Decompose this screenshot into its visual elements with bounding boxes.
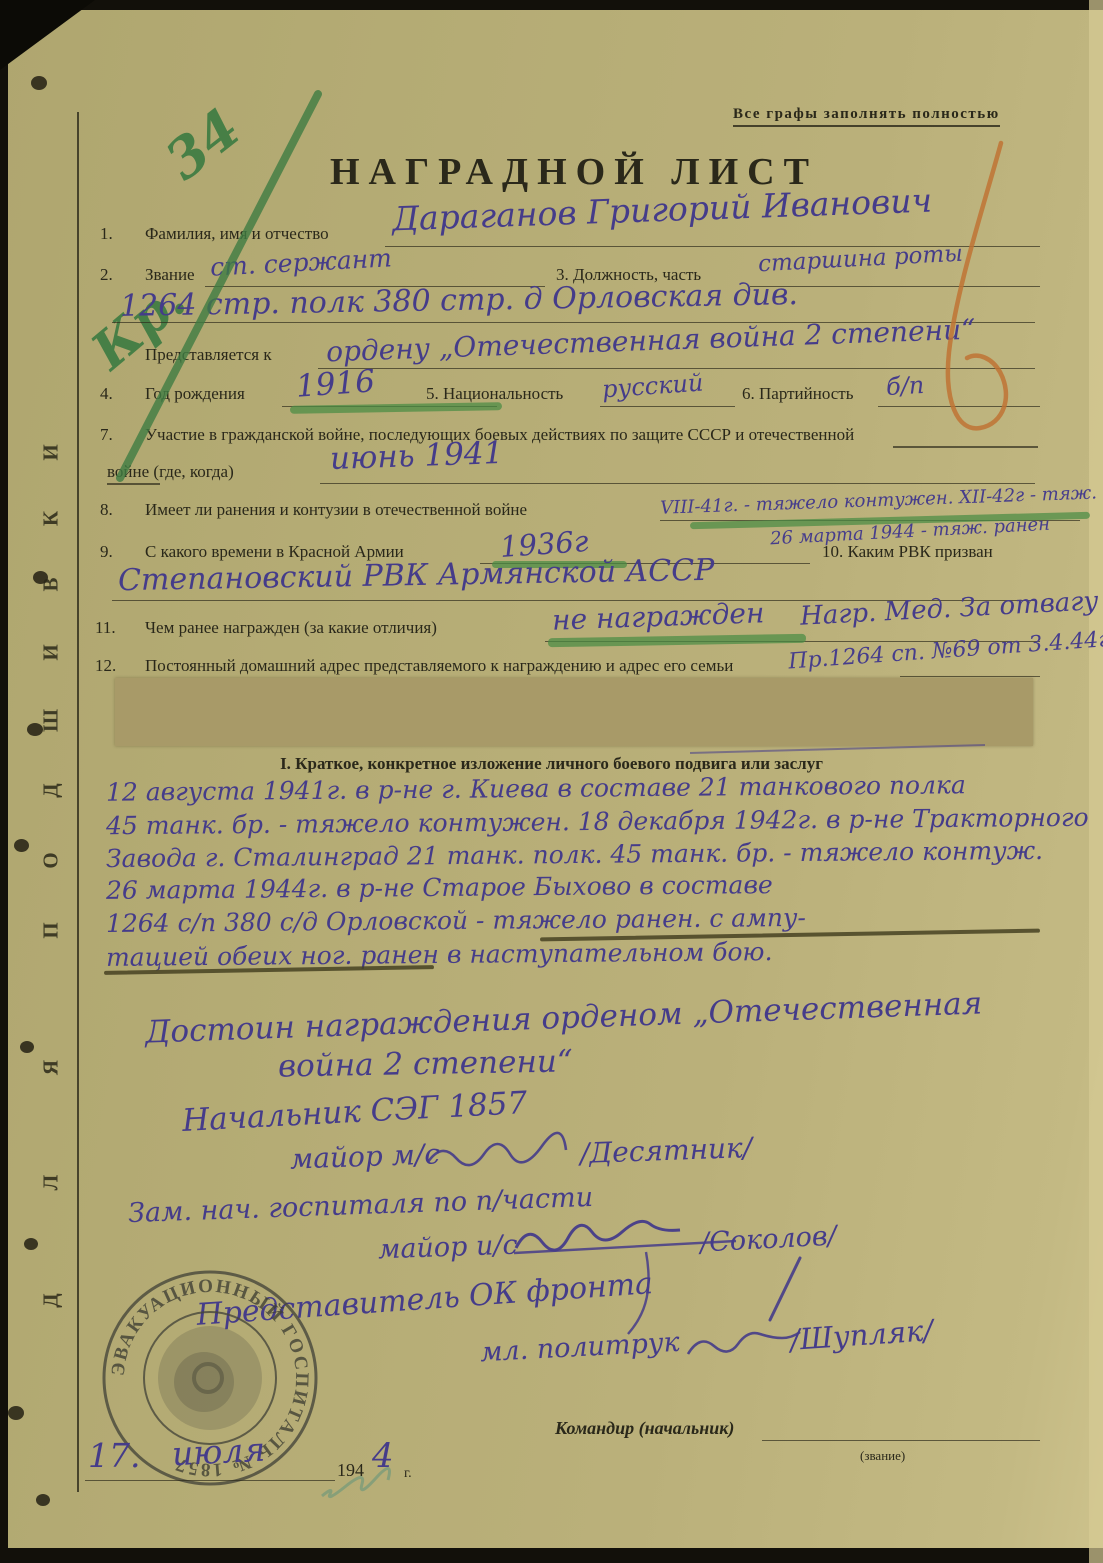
margin-letter: Л (39, 1168, 64, 1198)
deputy-signature (516, 1221, 680, 1250)
feat-line-5: 1264 с/п 380 с/д Орловской - тяжело ране… (106, 903, 806, 938)
chief-name: /Десятник/ (579, 1131, 752, 1170)
field-7-emphasis-line (893, 446, 1038, 448)
margin-letter: И (39, 638, 64, 668)
field-2-number: 2. (100, 265, 113, 285)
margin-rule (77, 112, 79, 1492)
commander-line (762, 1440, 1040, 1441)
field-12-line (900, 676, 1040, 677)
field-7-value: июнь 1941 (329, 435, 503, 477)
field-11-added-line2: Пр.1264 сп. №69 от 3.4.44г. (788, 627, 1103, 675)
field-1-number: 1. (100, 224, 113, 244)
field-6-line (878, 406, 1040, 407)
field-12-label: Постоянный домашний адрес представляемог… (145, 656, 733, 676)
page-edge-left (0, 0, 8, 1563)
field-8-label: Имеет ли ранения и контузии в отечествен… (145, 500, 527, 520)
punch-hole (20, 1041, 34, 1053)
crossed-text-remnant (690, 745, 985, 753)
award-sheet-page: И К В И Ш Д О П Я Л Д Все графы заполнят… (0, 0, 1103, 1563)
margin-letter: И (39, 438, 64, 468)
chief-title: Начальник СЭГ 1857 (181, 1085, 528, 1139)
conclusion-line-2: война 2 степени“ (278, 1043, 573, 1084)
date-g-label: г. (404, 1466, 412, 1482)
field-7-number: 7. (100, 425, 113, 445)
feat-line-2: 45 танк. бр. - тяжело контужен. 18 декаб… (106, 803, 1089, 841)
field-11-number: 11. (95, 618, 116, 638)
margin-letter: В (39, 570, 64, 600)
field-11-value: не награжден (551, 596, 764, 636)
deputy-name: /Соколов/ (699, 1220, 837, 1258)
date-line (85, 1480, 335, 1481)
field-7-line (320, 483, 1035, 484)
nominated-for-line (318, 368, 1035, 369)
representative-signature (688, 1332, 800, 1354)
punch-hole (24, 1238, 38, 1250)
field-2-label: Звание (145, 265, 195, 285)
page-edge-bottom (0, 1548, 1103, 1563)
field-11-label: Чем ранее награжден (за какие отличия) (145, 618, 437, 638)
green-strike-not-awarded (548, 634, 806, 648)
date-year-printed: 194 (337, 1460, 364, 1481)
field-12-number: 12. (95, 656, 116, 676)
feat-line-3: Завода г. Сталинград 21 танк. полк. 45 т… (106, 836, 1043, 873)
field-10-label: 10. Каким РВК призван (822, 542, 993, 562)
date-month: июля (171, 1430, 266, 1474)
conclusion-line-1: Достоин награждения орденом „Отечественн… (145, 985, 983, 1050)
fill-all-fields-note: Все графы заполнять полностью (733, 106, 1000, 127)
field-5-line (600, 406, 735, 407)
redaction-box (115, 678, 1033, 746)
field-1-label: Фамилия, имя и отчество (145, 224, 329, 244)
margin-letter: Д (39, 1286, 64, 1316)
field-8-number: 8. (100, 500, 113, 520)
nominated-for-label: Представляется к (145, 345, 272, 365)
representative-name: /Шупляк/ (789, 1313, 934, 1357)
chief-rank: майор м/с (289, 1137, 440, 1175)
feat-line-4: 26 марта 1944г. в р-не Старое Быхово в с… (106, 870, 773, 905)
margin-letter: Ш (39, 706, 64, 736)
field-5-label: 5. Национальность (426, 384, 563, 404)
field-6-label: 6. Партийность (742, 384, 853, 404)
field-3-value2: 1264 стр. полк 380 стр. д Орловская див. (120, 277, 798, 324)
margin-letter: О (39, 846, 64, 876)
chief-signature (428, 1133, 566, 1165)
deputy-title: Зам. нач. госпиталя по п/части (128, 1182, 594, 1229)
punch-hole (36, 1494, 50, 1506)
field-2-value: ст. сержант (209, 243, 392, 281)
margin-letter: П (39, 916, 64, 946)
field-7-emphasis-line2 (107, 483, 160, 485)
page-edge-right (1089, 0, 1103, 1563)
feat-line-6: тацией обеих ног. ранен в наступательном… (106, 937, 773, 972)
punch-hole (31, 76, 47, 90)
field-9-number: 9. (100, 542, 113, 562)
representative-slash (770, 1258, 800, 1320)
feat-line-1: 12 августа 1941г. в р-не г. Киева в сост… (106, 770, 966, 807)
date-year-written: 4 (372, 1436, 394, 1476)
field-4-number: 4. (100, 384, 113, 404)
deputy-rank: майор и/с (378, 1230, 519, 1266)
field-4-label: Год рождения (145, 384, 245, 404)
date-day: 17. (88, 1436, 140, 1475)
rank-hint: (звание) (860, 1448, 905, 1464)
margin-letter: Д (39, 776, 64, 806)
field-6-value: б/п (885, 371, 925, 401)
field-7-label-line2: войне (где, когда) (107, 462, 234, 482)
representative-rank: мл. политрук (479, 1327, 680, 1368)
punch-hole (8, 1406, 24, 1420)
corner-shadow (0, 0, 95, 70)
punch-hole (14, 839, 29, 852)
page-edge-top (0, 0, 1103, 10)
margin-letter: Я (39, 1053, 64, 1083)
field-5-value: русский (601, 368, 704, 403)
field-4-value: 1916 (295, 363, 376, 404)
registry-mark-number: 34 (153, 96, 252, 193)
commander-label: Командир (начальник) (555, 1418, 734, 1439)
field-11-added-line1: Нагр. Мед. За отвагу (799, 586, 1099, 632)
margin-letter: К (39, 504, 64, 534)
